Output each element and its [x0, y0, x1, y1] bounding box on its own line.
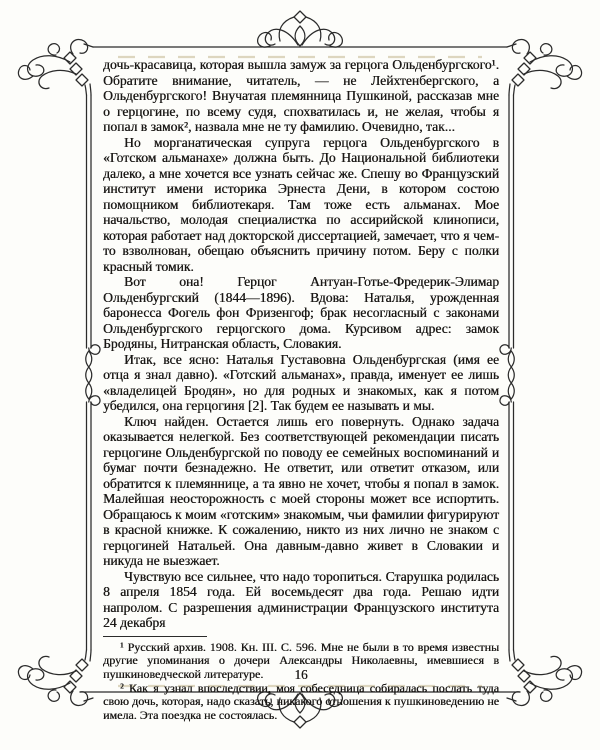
right-rail-twist-ornament — [500, 345, 514, 406]
corner-flourish-top-right — [507, 39, 582, 95]
paragraph-6: Чувствую все сильнее, что надо торопитьс… — [103, 569, 499, 631]
footnote-2: ² Как я узнал впоследствии, моя собеседн… — [103, 682, 499, 723]
paragraph-1: дочь-красавица, которая вышла замуж за г… — [103, 57, 499, 135]
corner-flourish-bottom-left — [18, 650, 93, 706]
left-border-rail — [87, 95, 92, 650]
paragraph-4: Итак, все ясно: Наталья Густавовна Ольде… — [103, 352, 499, 414]
page-text-column: дочь-красавица, которая вышла замуж за г… — [103, 57, 499, 723]
paragraph-3: Вот она! Герцог Антуан-Готье-Фредерик-Эл… — [103, 274, 499, 352]
top-center-ornament — [258, 11, 343, 47]
corner-flourish-top-left — [18, 39, 93, 95]
page-number: 16 — [103, 667, 499, 683]
paragraph-2: Но морганатическая супруга герцога Ольде… — [103, 135, 499, 275]
book-page: дочь-красавица, которая вышла замуж за г… — [0, 0, 600, 750]
left-rail-twist-ornament — [86, 345, 100, 406]
right-border-rail — [509, 95, 514, 650]
corner-flourish-bottom-right — [507, 650, 582, 706]
footnote-separator — [103, 636, 207, 637]
paragraph-5: Ключ найден. Остается лишь его повернуть… — [103, 414, 499, 569]
